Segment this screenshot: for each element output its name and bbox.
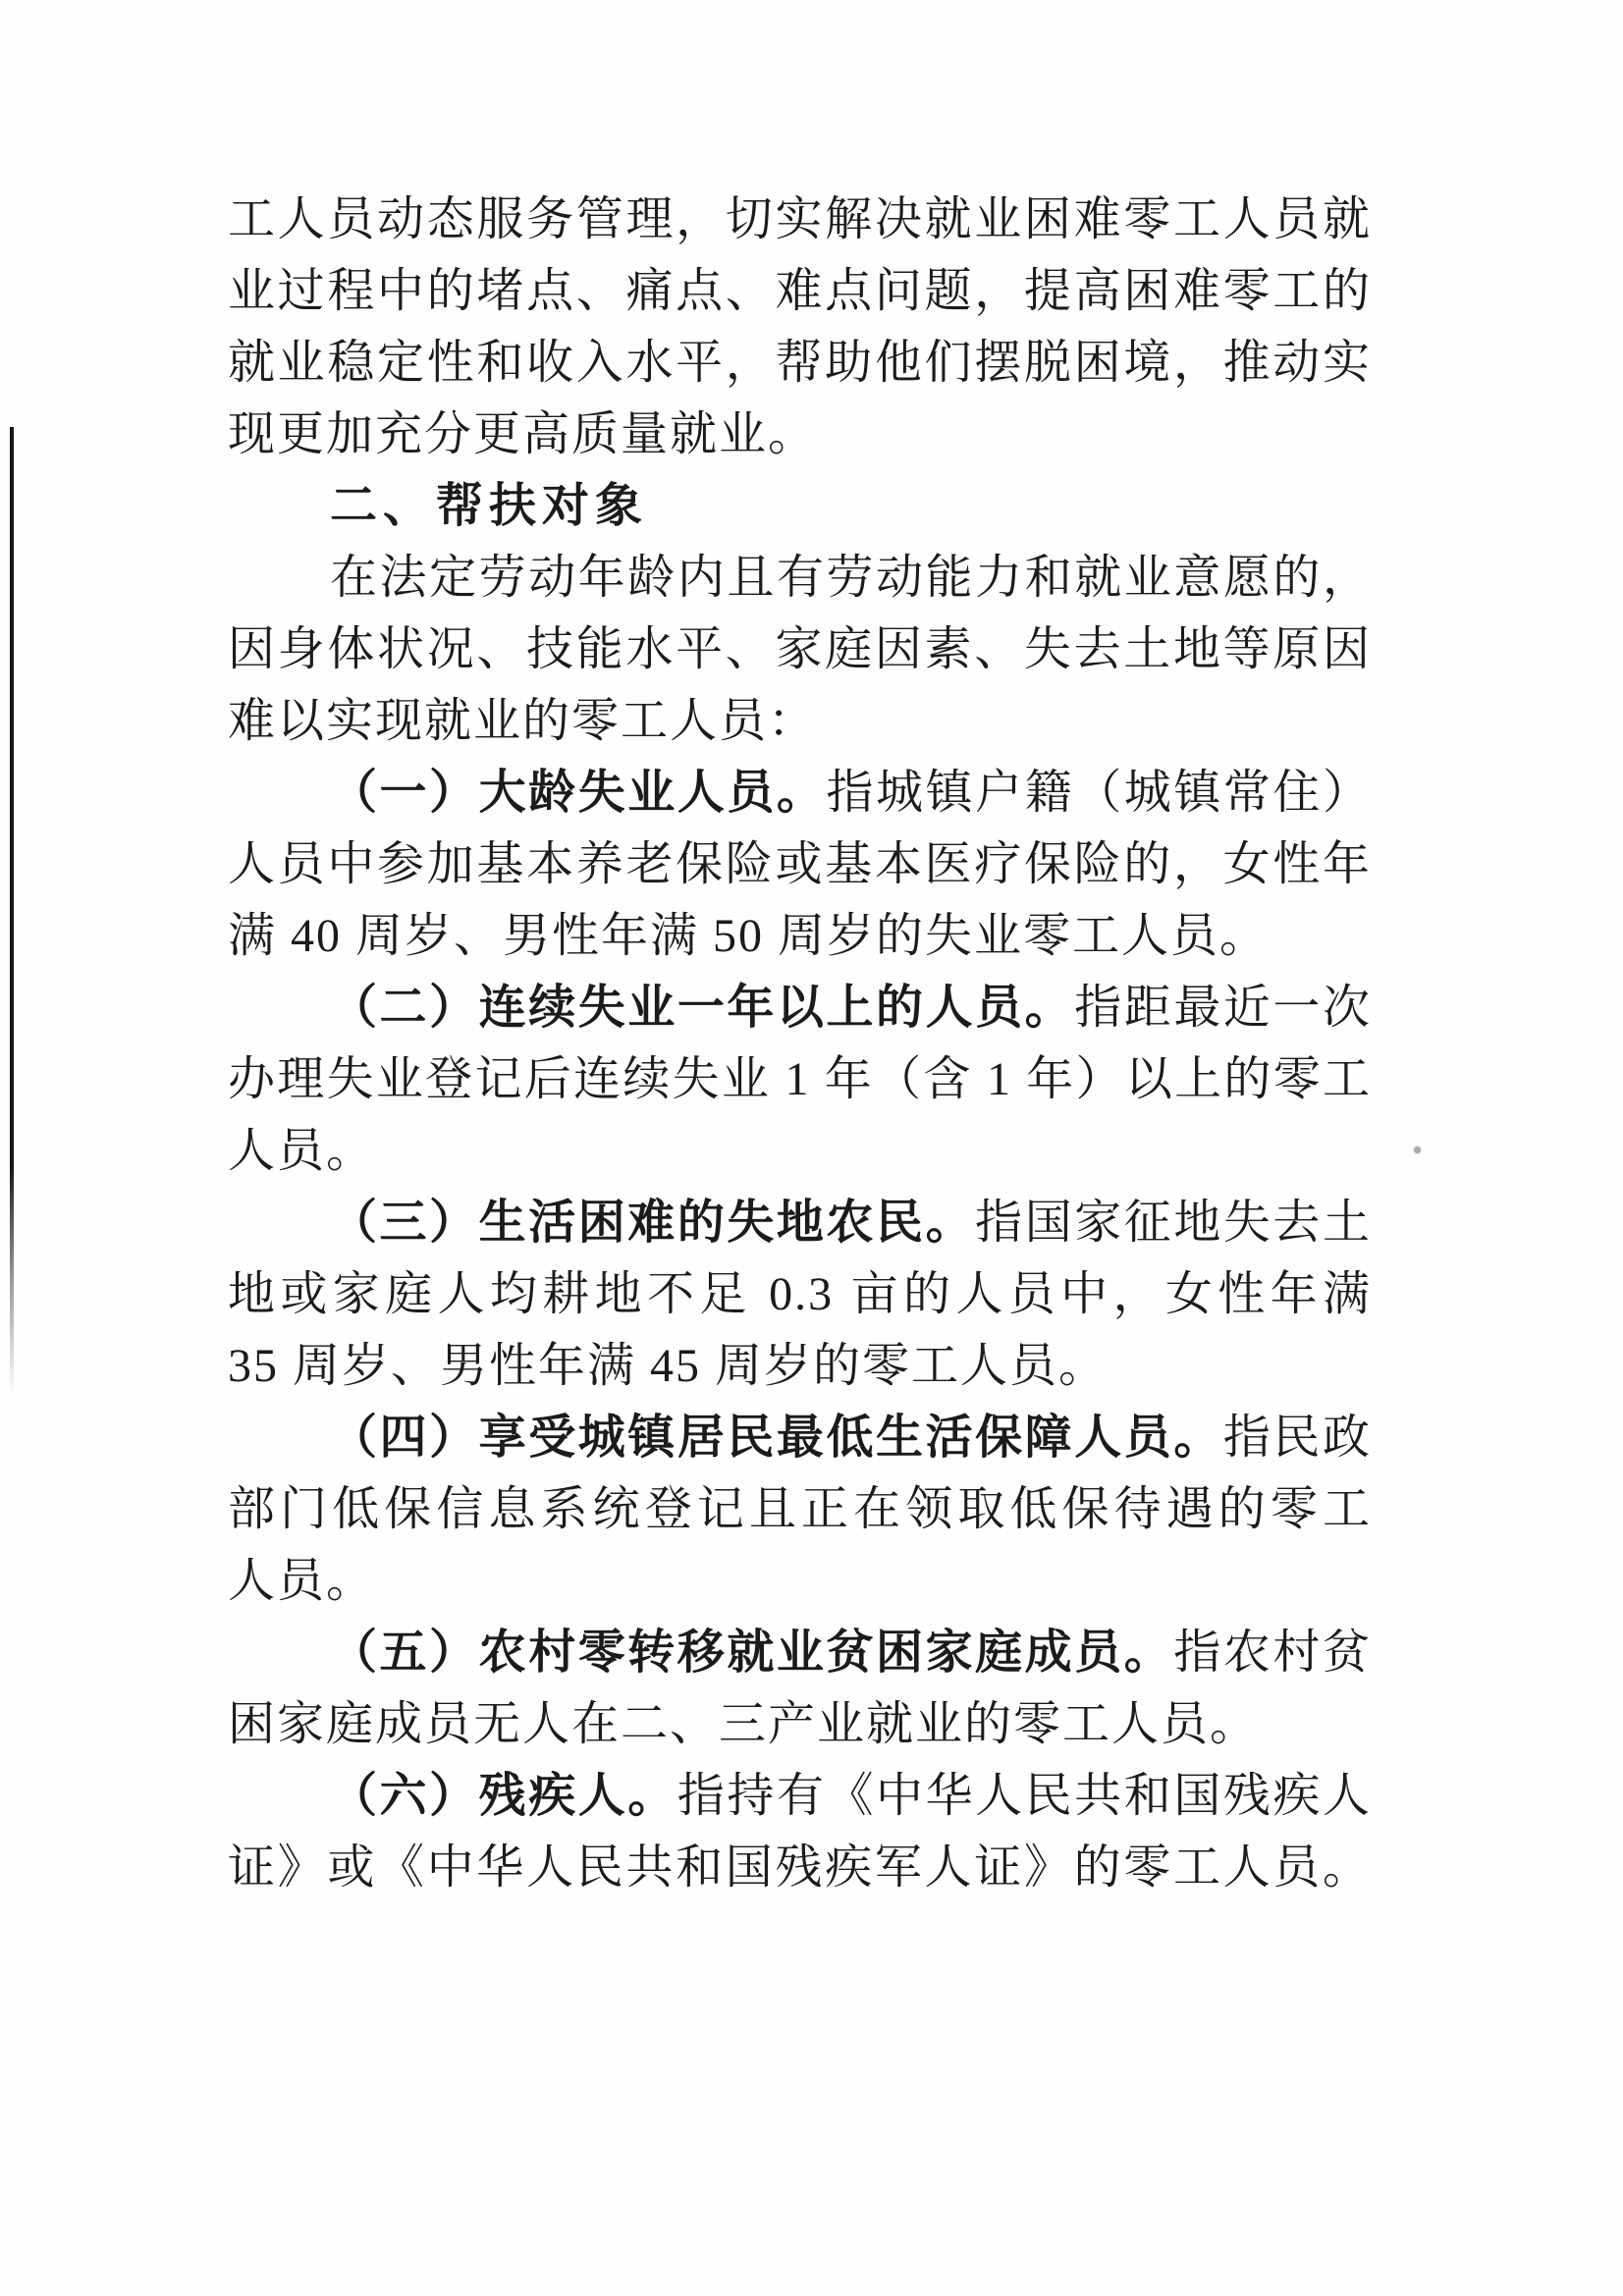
scan-artifact-dot [1414, 1147, 1421, 1153]
list-item-line: （三）生活困难的失地农民。指国家征地失去土 [228, 1187, 1372, 1258]
text-segment: 证》或《中华人民共和国残疾军人证》的零工人员。 [228, 1842, 1372, 1894]
body-line: 就业稳定性和收入水平，帮助他们摆脱困境，推动实 [228, 327, 1372, 399]
text-segment: 指持有《中华人民共和国残疾人 [677, 1770, 1372, 1822]
body-line: 35 周岁、男性年满 45 周岁的零工人员。 [228, 1330, 1372, 1402]
emphasis-text: （六）残疾人。 [330, 1770, 677, 1822]
text-segment: 指距最近一次 [1074, 982, 1372, 1034]
section-heading: 二、帮扶对象 [228, 470, 1372, 542]
emphasis-text: （一）大龄失业人员。 [330, 767, 827, 819]
list-item-line: （二）连续失业一年以上的人员。指距最近一次 [228, 972, 1372, 1043]
list-item-line: （六）残疾人。指持有《中华人民共和国残疾人 [228, 1760, 1372, 1832]
body-line: 人员中参加基本养老保险或基本医疗保险的，女性年 [228, 828, 1372, 900]
text-segment: 办理失业登记后连续失业 1 年（含 1 年）以上的零工 [228, 1053, 1372, 1105]
body-line: 办理失业登记后连续失业 1 年（含 1 年）以上的零工 [228, 1043, 1372, 1115]
text-segment: 人员中参加基本养老保险或基本医疗保险的，女性年 [228, 838, 1372, 890]
scan-artifact-vertical-line [10, 427, 14, 1394]
text-segment: 业过程中的堵点、痛点、难点问题，提高困难零工的 [228, 265, 1372, 317]
text-segment: 指国家征地失去土 [975, 1197, 1372, 1249]
text-segment: 指民政 [1223, 1412, 1372, 1464]
text-segment: 困家庭成员无人在二、三产业就业的零工人员。 [228, 1698, 1259, 1750]
list-item-line: （一）大龄失业人员。指城镇户籍（城镇常住） [228, 757, 1372, 828]
emphasis-text: 二、帮扶对象 [330, 480, 648, 532]
scanned-document-page: 工人员动态服务管理，切实解决就业困难零工人员就业过程中的堵点、痛点、难点问题，提… [0, 0, 1623, 2296]
body-line: 现更加充分更高质量就业。 [228, 399, 1372, 470]
body-line: 在法定劳动年龄内且有劳动能力和就业意愿的， [228, 542, 1372, 614]
body-line: 业过程中的堵点、痛点、难点问题，提高困难零工的 [228, 255, 1372, 327]
text-segment: 在法定劳动年龄内且有劳动能力和就业意愿的， [330, 552, 1372, 604]
body-line: 困家庭成员无人在二、三产业就业的零工人员。 [228, 1688, 1372, 1760]
text-segment: 人员。 [228, 1125, 375, 1177]
text-segment: 35 周岁、男性年满 45 周岁的零工人员。 [228, 1340, 1108, 1392]
body-line: 因身体状况、技能水平、家庭因素、失去土地等原因 [228, 614, 1372, 685]
body-line: 地或家庭人均耕地不足 0.3 亩的人员中，女性年满 [228, 1258, 1372, 1330]
list-item-line: （五）农村零转移就业贫困家庭成员。指农村贫 [228, 1617, 1372, 1688]
emphasis-text: （四）享受城镇居民最低生活保障人员。 [330, 1412, 1223, 1464]
document-text-block: 工人员动态服务管理，切实解决就业困难零工人员就业过程中的堵点、痛点、难点问题，提… [228, 184, 1372, 1903]
text-segment: 满 40 周岁、男性年满 50 周岁的失业零工人员。 [228, 910, 1269, 962]
text-segment: 因身体状况、技能水平、家庭因素、失去土地等原因 [228, 623, 1372, 675]
text-segment: 人员。 [228, 1555, 375, 1607]
emphasis-text: （五）农村零转移就业贫困家庭成员。 [330, 1627, 1173, 1679]
text-segment: 现更加充分更高质量就业。 [228, 408, 817, 460]
body-line: 满 40 周岁、男性年满 50 周岁的失业零工人员。 [228, 900, 1372, 972]
body-line: 人员。 [228, 1545, 1372, 1617]
list-item-line: （四）享受城镇居民最低生活保障人员。指民政 [228, 1402, 1372, 1473]
text-segment: 就业稳定性和收入水平，帮助他们摆脱困境，推动实 [228, 337, 1372, 389]
body-line: 难以实现就业的零工人员： [228, 685, 1372, 757]
text-segment: 指农村贫 [1173, 1627, 1372, 1679]
body-line: 证》或《中华人民共和国残疾军人证》的零工人员。 [228, 1832, 1372, 1903]
text-segment: 工人员动态服务管理，切实解决就业困难零工人员就 [228, 193, 1372, 245]
text-segment: 指城镇户籍（城镇常住） [827, 767, 1373, 819]
body-line: 人员。 [228, 1115, 1372, 1187]
text-segment: 部门低保信息系统登记且正在领取低保待遇的零工 [228, 1483, 1372, 1535]
text-segment: 难以实现就业的零工人员： [228, 695, 817, 747]
emphasis-text: （三）生活困难的失地农民。 [330, 1197, 975, 1249]
text-segment: 地或家庭人均耕地不足 0.3 亩的人员中，女性年满 [228, 1268, 1372, 1320]
body-line: 工人员动态服务管理，切实解决就业困难零工人员就 [228, 184, 1372, 255]
body-line: 部门低保信息系统登记且正在领取低保待遇的零工 [228, 1473, 1372, 1545]
emphasis-text: （二）连续失业一年以上的人员。 [330, 982, 1074, 1034]
